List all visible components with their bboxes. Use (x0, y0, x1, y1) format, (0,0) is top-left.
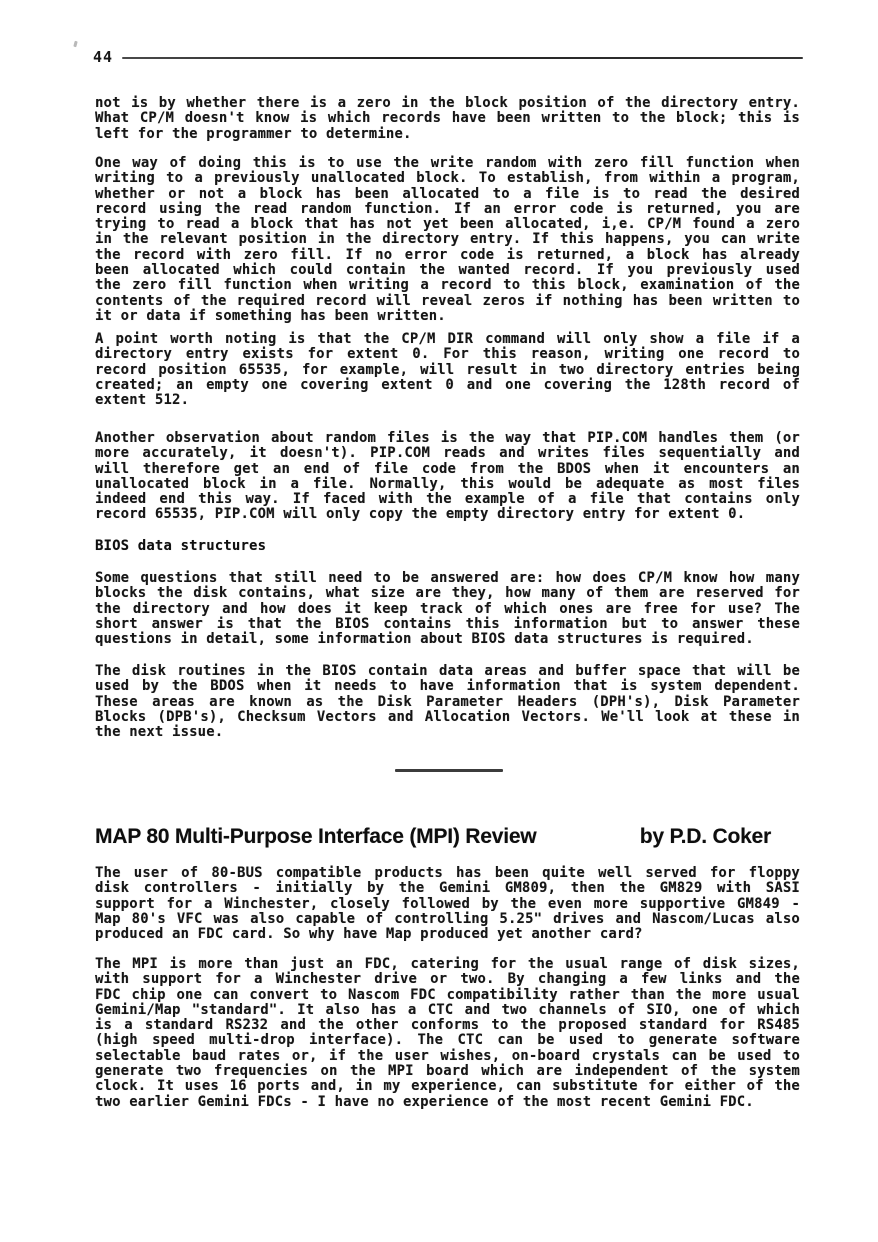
text-line: it or data if something has been written… (95, 309, 800, 324)
text-line: One way of doing this is to use the writ… (95, 156, 800, 171)
text-line: created; an empty one covering extent 0 … (95, 378, 800, 393)
text-line: blocks the disk contains, what size are … (95, 586, 800, 601)
page-number: 44 (93, 48, 113, 66)
text-line: Another observation about random files i… (95, 431, 800, 446)
review-paragraph-2: The MPI is more than just an FDC, cateri… (95, 957, 800, 1110)
text-line: directory entry exists for extent 0. For… (95, 347, 800, 362)
review-paragraph-1: The user of 80-BUS compatible products h… (95, 866, 800, 942)
text-line: A point worth noting is that the CP/M DI… (95, 332, 800, 347)
text-line: Map 80's VFC was also capable of control… (95, 912, 800, 927)
cpm-paragraph-3: A point worth noting is that the CP/M DI… (95, 332, 800, 408)
text-line: record position 65535, for example, will… (95, 363, 800, 378)
text-line: These areas are known as the Disk Parame… (95, 695, 800, 710)
text-line: Gemini/Map "standard". It also has a CTC… (95, 1003, 800, 1018)
text-line: The disk routines in the BIOS contain da… (95, 664, 800, 679)
text-line: contents of the required record will rev… (95, 294, 800, 309)
text-line: Some questions that still need to be ans… (95, 571, 800, 586)
text-line: the zero fill function when writing a re… (95, 278, 800, 293)
text-line: unallocated block in a file. Normally, t… (95, 477, 800, 492)
review-title-row: MAP 80 Multi-Purpose Interface (MPI) Rev… (95, 825, 771, 848)
bios-section-heading: BIOS data structures (95, 539, 266, 554)
text-line: the directory and how does it keep track… (95, 602, 800, 617)
text-line: FDC chip one can convert to Nascom FDC c… (95, 988, 800, 1003)
cpm-paragraph-4: Another observation about random files i… (95, 431, 800, 523)
text-line: more accurately, it doesn't). PIP.COM re… (95, 446, 800, 461)
text-line: two earlier Gemini FDCs - I have no expe… (95, 1095, 800, 1110)
cpm-paragraph-6: The disk routines in the BIOS contain da… (95, 664, 800, 740)
scan-speck (73, 41, 77, 48)
text-line: disk controllers - initially by the Gemi… (95, 881, 800, 896)
text-line: (high speed multi-drop interface). The C… (95, 1033, 800, 1048)
cpm-paragraph-1: not is by whether there is a zero in the… (95, 96, 800, 142)
review-article-byline: by P.D. Coker (640, 825, 771, 848)
text-line: extent 512. (95, 393, 800, 408)
page-header: 44 (93, 48, 803, 66)
text-line: left for the programmer to determine. (95, 127, 800, 142)
text-line: questions in detail, some information ab… (95, 632, 800, 647)
text-line: the next issue. (95, 725, 800, 740)
text-line: The user of 80-BUS compatible products h… (95, 866, 800, 881)
header-rule (122, 57, 803, 59)
cpm-paragraph-2: One way of doing this is to use the writ… (95, 156, 800, 324)
section-divider (395, 769, 503, 772)
text-line: not is by whether there is a zero in the… (95, 96, 800, 111)
text-line: produced an FDC card. So why have Map pr… (95, 927, 800, 942)
text-line: in the relevant position in the director… (95, 232, 800, 247)
text-line: selectable baud rates or, if the user wi… (95, 1049, 800, 1064)
text-line: record using the read random function. I… (95, 202, 800, 217)
text-line: clock. It uses 16 ports and, in my exper… (95, 1079, 800, 1094)
text-line: Blocks (DPB's), Checksum Vectors and All… (95, 710, 800, 725)
text-line: with support for a Winchester drive or t… (95, 972, 800, 987)
text-line: support for a Winchester, closely follow… (95, 897, 800, 912)
text-line: used by the BDOS when it needs to have i… (95, 679, 800, 694)
text-line: will therefore get an end of file code f… (95, 462, 800, 477)
cpm-paragraph-5: Some questions that still need to be ans… (95, 571, 800, 647)
text-line: The MPI is more than just an FDC, cateri… (95, 957, 800, 972)
text-line: writing to a previously unallocated bloc… (95, 171, 800, 186)
text-line: the record with zero fill. If no error c… (95, 248, 800, 263)
review-article-title: MAP 80 Multi-Purpose Interface (MPI) Rev… (95, 825, 536, 848)
text-line: short answer is that the BIOS contains t… (95, 617, 800, 632)
text-line: record 65535, PIP.COM will only copy the… (95, 507, 800, 522)
scanned-page: 44 not is by whether there is a zero in … (0, 0, 878, 1242)
text-line: whether or not a block has been allocate… (95, 187, 800, 202)
text-line: What CP/M doesn't know is which records … (95, 111, 800, 126)
